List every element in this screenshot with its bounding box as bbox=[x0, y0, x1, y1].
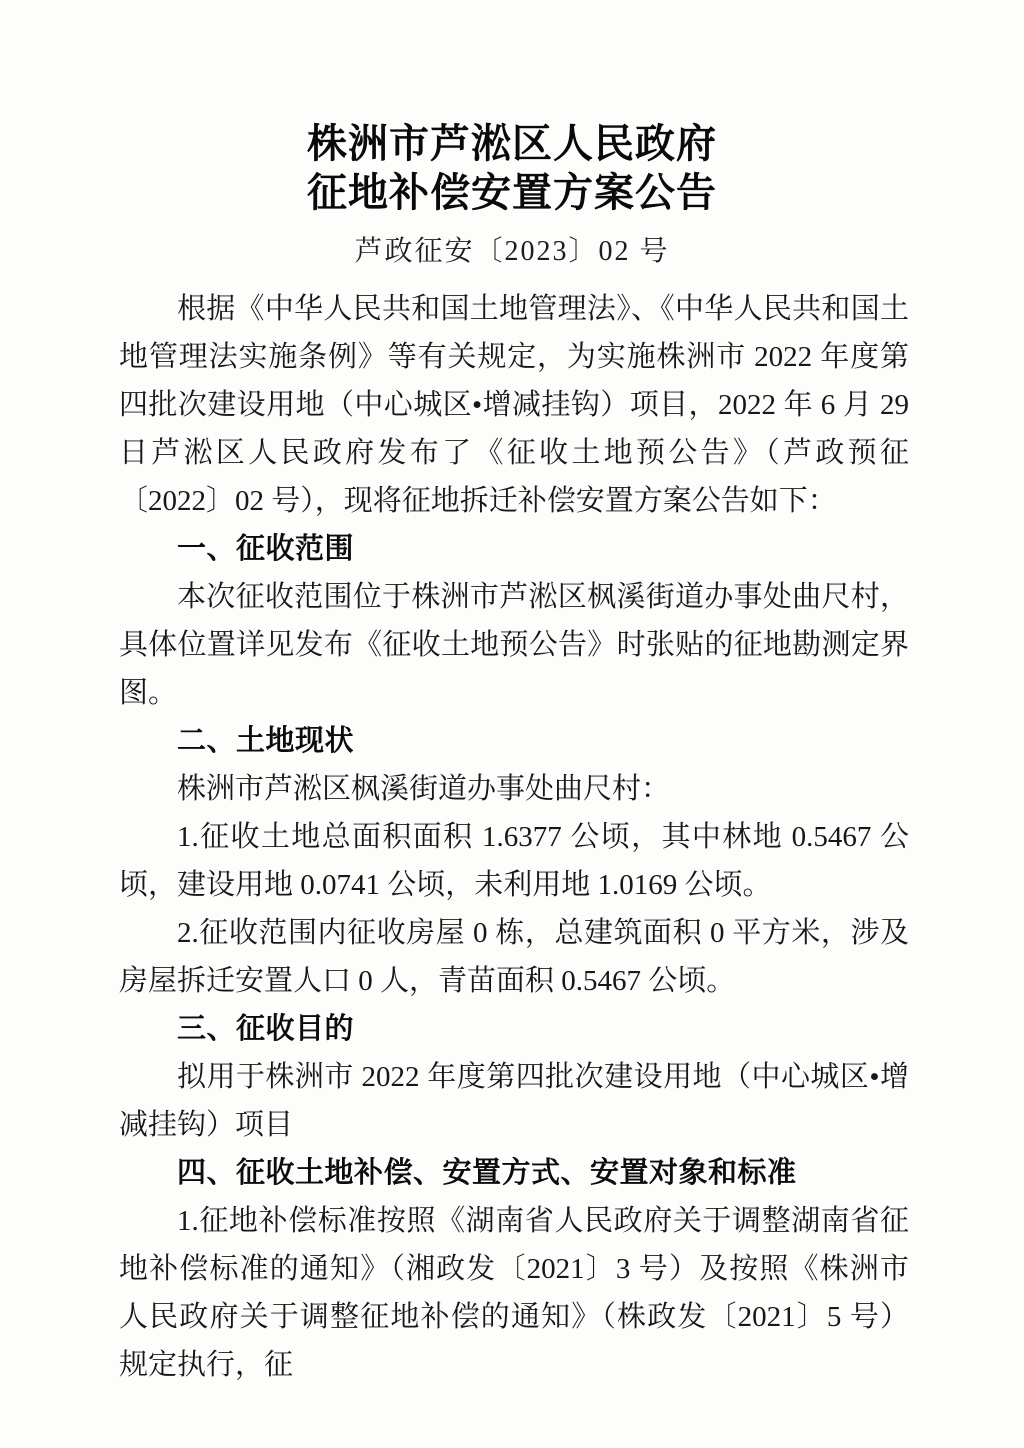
document-body: 根据《中华人民共和国土地管理法》、《中华人民共和国土地管理法实施条例》等有关规定… bbox=[119, 285, 909, 1389]
section-3-heading-expropriation-purpose: 三、征收目的 bbox=[119, 1005, 909, 1053]
document-title-line-1: 株洲市芦淞区人民政府 bbox=[0, 120, 1024, 169]
paragraph-purpose: 拟用于株洲市 2022 年度第四批次建设用地（中心城区•增减挂钩）项目 bbox=[119, 1053, 909, 1149]
section-2-heading-land-status: 二、土地现状 bbox=[119, 717, 909, 765]
paragraph-compensation-standard-item-1: 1.征地补偿标准按照《湖南省人民政府关于调整湖南省征地补偿标准的通知》（湘政发〔… bbox=[119, 1197, 909, 1389]
document-title-line-2: 征地补偿安置方案公告 bbox=[0, 169, 1024, 218]
document-number: 芦政征安〔2023〕02 号 bbox=[0, 235, 1024, 269]
document-title: 株洲市芦淞区人民政府 征地补偿安置方案公告 bbox=[0, 0, 1024, 218]
paragraph-land-area-item-1: 1.征收土地总面积面积 1.6377 公顷，其中林地 0.5467 公顷，建设用… bbox=[119, 813, 909, 909]
paragraph-legal-basis: 根据《中华人民共和国土地管理法》、《中华人民共和国土地管理法实施条例》等有关规定… bbox=[119, 285, 909, 525]
paragraph-village-name: 株洲市芦淞区枫溪街道办事处曲尺村： bbox=[119, 765, 909, 813]
scanned-document-page: 株洲市芦淞区人民政府 征地补偿安置方案公告 芦政征安〔2023〕02 号 根据《… bbox=[0, 0, 1024, 1448]
paragraph-housing-item-2: 2.征收范围内征收房屋 0 栋，总建筑面积 0 平方米，涉及房屋拆迁安置人口 0… bbox=[119, 909, 909, 1005]
paragraph-expropriation-scope: 本次征收范围位于株洲市芦淞区枫溪街道办事处曲尺村，具体位置详见发布《征收土地预公… bbox=[119, 573, 909, 717]
section-4-heading-compensation-standards: 四、征收土地补偿、安置方式、安置对象和标准 bbox=[119, 1149, 909, 1197]
section-1-heading-expropriation-scope: 一、征收范围 bbox=[119, 525, 909, 573]
